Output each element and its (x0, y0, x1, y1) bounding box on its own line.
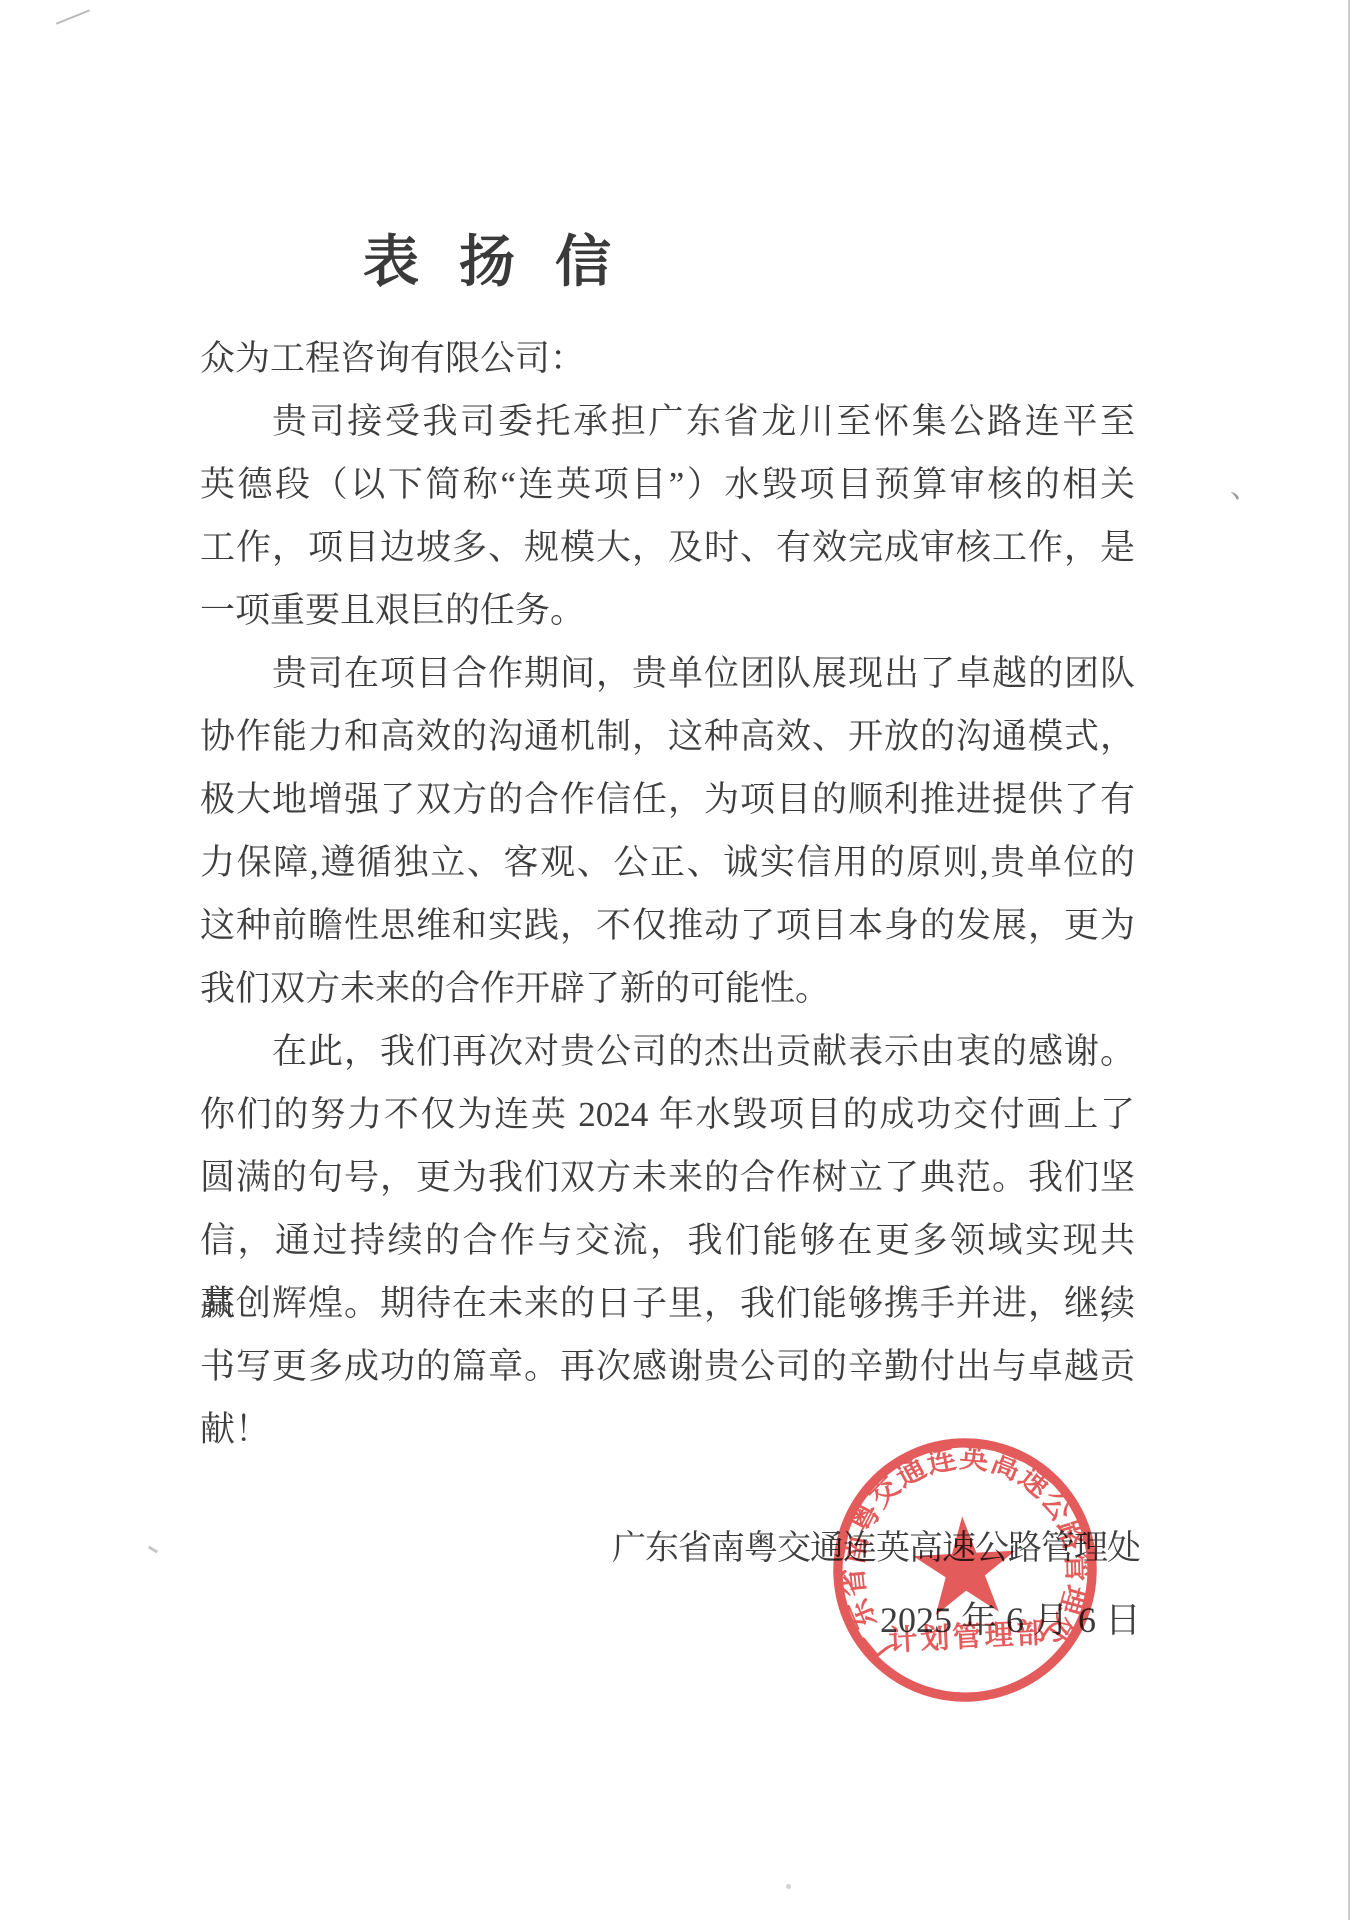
body-line: 工作，项目边坡多、规模大，及时、有效完成审核工作，是 (200, 516, 1135, 579)
addressee-line: 众为工程咨询有限公司： (200, 327, 1135, 390)
scan-artifact-speck (786, 1884, 791, 1889)
scan-artifact-speck (148, 1546, 158, 1554)
body-line: 极大地增强了双方的合作信任，为项目的顺利推进提供了有 (200, 768, 1135, 831)
body-line: 你们的努力不仅为连英 2024 年水毁项目的成功交付画上了 (200, 1083, 1135, 1146)
scan-artifact-corner (56, 9, 90, 24)
star-icon (911, 1514, 1018, 1616)
scan-artifact-stray-mark: 、 (1230, 462, 1260, 506)
scan-artifact-right-edge (1348, 0, 1350, 1920)
body-line: 贵司接受我司委托承担广东省龙川至怀集公路连平至 (200, 390, 1135, 453)
seal-department-text: 计划管理部 (888, 1616, 1050, 1657)
official-seal: 广东省南粤交通连英高速公路管理处 计划管理部 (802, 1407, 1128, 1733)
body-line: 在此，我们再次对贵公司的杰出贡献表示由衷的感谢。 (200, 1020, 1135, 1083)
body-line: 共创辉煌。期待在未来的日子里，我们能够携手并进，继续 (200, 1272, 1135, 1335)
body-line: 我们双方未来的合作开辟了新的可能性。 (200, 957, 1135, 1020)
body-line: 英德段（以下简称“连英项目”）水毁项目预算审核的相关 (200, 453, 1135, 516)
body-line: 信，通过持续的合作与交流，我们能够在更多领域实现共赢， (200, 1209, 1135, 1272)
body-line: 协作能力和高效的沟通机制，这种高效、开放的沟通模式， (200, 705, 1135, 768)
letter-page: 表 扬 信 众为工程咨询有限公司： 贵司接受我司委托承担广东省龙川至怀集公路连平… (0, 0, 1357, 1920)
body-line: 一项重要且艰巨的任务。 (200, 579, 1135, 642)
body-line: 书写更多成功的篇章。再次感谢贵公司的辛勤付出与卓越贡 (200, 1335, 1135, 1398)
letter-body: 众为工程咨询有限公司： 贵司接受我司委托承担广东省龙川至怀集公路连平至 英德段（… (200, 327, 1135, 1461)
body-line: 这种前瞻性思维和实践，不仅推动了项目本身的发展，更为 (200, 894, 1135, 957)
letter-title: 表 扬 信 (363, 218, 613, 298)
body-line: 力保障,遵循独立、客观、公正、诚实信用的原则,贵单位的 (200, 831, 1135, 894)
body-line: 圆满的句号，更为我们双方未来的合作树立了典范。我们坚 (200, 1146, 1135, 1209)
body-line: 贵司在项目合作期间，贵单位团队展现出了卓越的团队 (200, 642, 1135, 705)
